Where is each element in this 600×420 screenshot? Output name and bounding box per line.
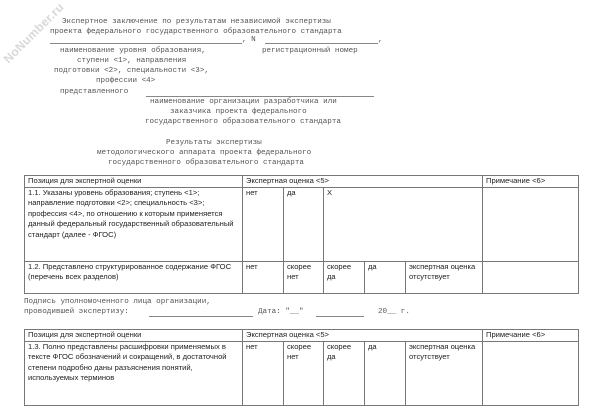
org-caption-3: государственного образовательного станда…: [145, 117, 341, 127]
assessment-table-2: Позиция для экспертной оценки Экспертная…: [24, 329, 579, 406]
option-yes[interactable]: да: [365, 341, 406, 405]
results-line-2: методологического аппарата проекта федер…: [97, 148, 311, 158]
option-rather-no[interactable]: скорее нет: [284, 341, 324, 405]
header-line-2: проекта федерального государственного об…: [50, 27, 342, 37]
row-position: 1.2. Представлено структурированное соде…: [25, 261, 243, 293]
results-title: Результаты экспертизы: [166, 138, 262, 148]
row-position: 1.1. Указаны уровень образования; ступен…: [25, 187, 243, 261]
header-assessment: Экспертная оценка <5>: [243, 330, 483, 342]
header-note: Примечание <6>: [483, 176, 579, 188]
table-row: 1.1. Указаны уровень образования; ступен…: [25, 187, 579, 261]
date-label: Дата: "__": [258, 307, 304, 317]
results-line-3: государственного образовательного станда…: [108, 158, 304, 168]
signature-line-1: Подпись уполномоченного лица организации…: [24, 297, 211, 307]
month-blank[interactable]: [316, 316, 364, 317]
option-mark[interactable]: X: [324, 187, 483, 261]
header-position: Позиция для экспертной оценки: [25, 330, 243, 342]
option-yes[interactable]: да: [284, 187, 324, 261]
level-line-3: профессии <4>: [96, 76, 155, 86]
note-cell[interactable]: [483, 341, 579, 405]
header-assessment: Экспертная оценка <5>: [243, 176, 483, 188]
number-sign: , N: [242, 35, 256, 45]
table-header-row: Позиция для экспертной оценки Экспертная…: [25, 330, 579, 342]
header-note: Примечание <6>: [483, 330, 579, 342]
option-rather-no[interactable]: скорее нет: [284, 261, 324, 293]
option-no[interactable]: нет: [243, 341, 284, 405]
signature-label: проводившей экспертизу:: [24, 307, 129, 317]
option-rather-yes[interactable]: скорее да: [324, 261, 365, 293]
row-position: 1.3. Полно представлены расшифровки прим…: [25, 341, 243, 405]
reg-caption: регистрационный номер: [262, 46, 358, 56]
option-no[interactable]: нет: [243, 187, 284, 261]
option-absent[interactable]: экспертная оценка отсутствует: [406, 341, 483, 405]
option-yes[interactable]: да: [365, 261, 406, 293]
number-comma: ,: [378, 35, 383, 45]
table-header-row: Позиция для экспертной оценки Экспертная…: [25, 176, 579, 188]
level-blank-line: [50, 43, 242, 44]
option-rather-yes[interactable]: скорее да: [324, 341, 365, 405]
table-row: 1.2. Представлено структурированное соде…: [25, 261, 579, 293]
note-cell[interactable]: [483, 261, 579, 293]
year-label: 20__ г.: [378, 307, 410, 317]
level-line-2: подготовки <2>, специальности <3>,: [54, 66, 209, 76]
level-caption: наименование уровня образования,: [60, 46, 206, 56]
level-line-1: ступени <1>, направления: [77, 56, 186, 66]
org-caption-1: наименование организации разработчика ил…: [150, 97, 337, 107]
option-absent[interactable]: экспертная оценка отсутствует: [406, 261, 483, 293]
reg-number-blank-line: [265, 43, 378, 44]
table-row: 1.3. Полно представлены расшифровки прим…: [25, 341, 579, 405]
note-cell[interactable]: [483, 187, 579, 261]
presented-label: представленного: [60, 87, 128, 97]
assessment-table-1: Позиция для экспертной оценки Экспертная…: [24, 175, 579, 294]
option-no[interactable]: нет: [243, 261, 284, 293]
header-position: Позиция для экспертной оценки: [25, 176, 243, 188]
org-caption-2: заказчика проекта федерального: [170, 107, 307, 117]
signature-blank[interactable]: [149, 316, 253, 317]
header-line-1: Экспертное заключение по результатам нез…: [62, 17, 331, 27]
